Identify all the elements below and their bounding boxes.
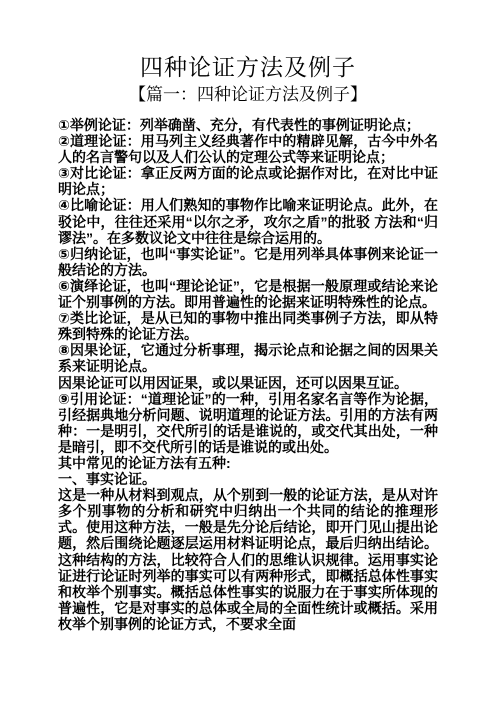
paragraph: 因果论证可以用因证果，或以果证因，还可以因果互证。	[58, 375, 438, 391]
paragraph: ③对比论证：拿正反两方面的论点或论据作对比，在对比中证明论点；	[58, 165, 438, 197]
paragraph: ⑨引用论证：“道理论证”的一种，引用名家名言等作为论据，引经据典地分析问题、说明…	[58, 391, 438, 455]
paragraph: ⑥演绎论证，也叫“理论论证”，它是根据一般原理或结论来论证个别事例的方法。即用普…	[58, 278, 438, 310]
paragraph: ①举例论证：列举确凿、充分，有代表性的事例证明论点；	[58, 117, 438, 133]
paragraph: 这是一种从材料到观点，从个别到一般的论证方法，是从对许多个别事物的分析和研究中归…	[58, 487, 438, 632]
paragraph: ⑧因果论证，它通过分析事理，揭示论点和论据之间的因果关系来证明论点。	[58, 342, 438, 374]
section-heading: 【篇一：四种论证方法及例子】	[0, 84, 496, 105]
paragraph: ⑦类比论证，是从已知的事物中推出同类事例子方法，即从特殊到特殊的论证方法。	[58, 310, 438, 342]
page-title: 四种论证方法及例子	[0, 0, 496, 84]
paragraph: 其中常见的论证方法有五种:	[58, 455, 438, 471]
paragraph: ④比喻论证：用人们熟知的事物作比喻来证明论点。此外，在驳论中，往往还采用“以尔之…	[58, 197, 438, 245]
paragraph: 一、事实论证。	[58, 471, 438, 487]
paragraph: ⑤归纳论证，也叫“事实论证”。它是用列举具体事例来论证一般结论的方法。	[58, 246, 438, 278]
paragraph: ②道理论证：用马列主义经典著作中的精辟见解，古今中外名人的名言警句以及人们公认的…	[58, 133, 438, 165]
document-page: 四种论证方法及例子 【篇一：四种论证方法及例子】 ①举例论证：列举确凿、充分，有…	[0, 0, 496, 702]
document-body: ①举例论证：列举确凿、充分，有代表性的事例证明论点；②道理论证：用马列主义经典著…	[58, 117, 438, 632]
